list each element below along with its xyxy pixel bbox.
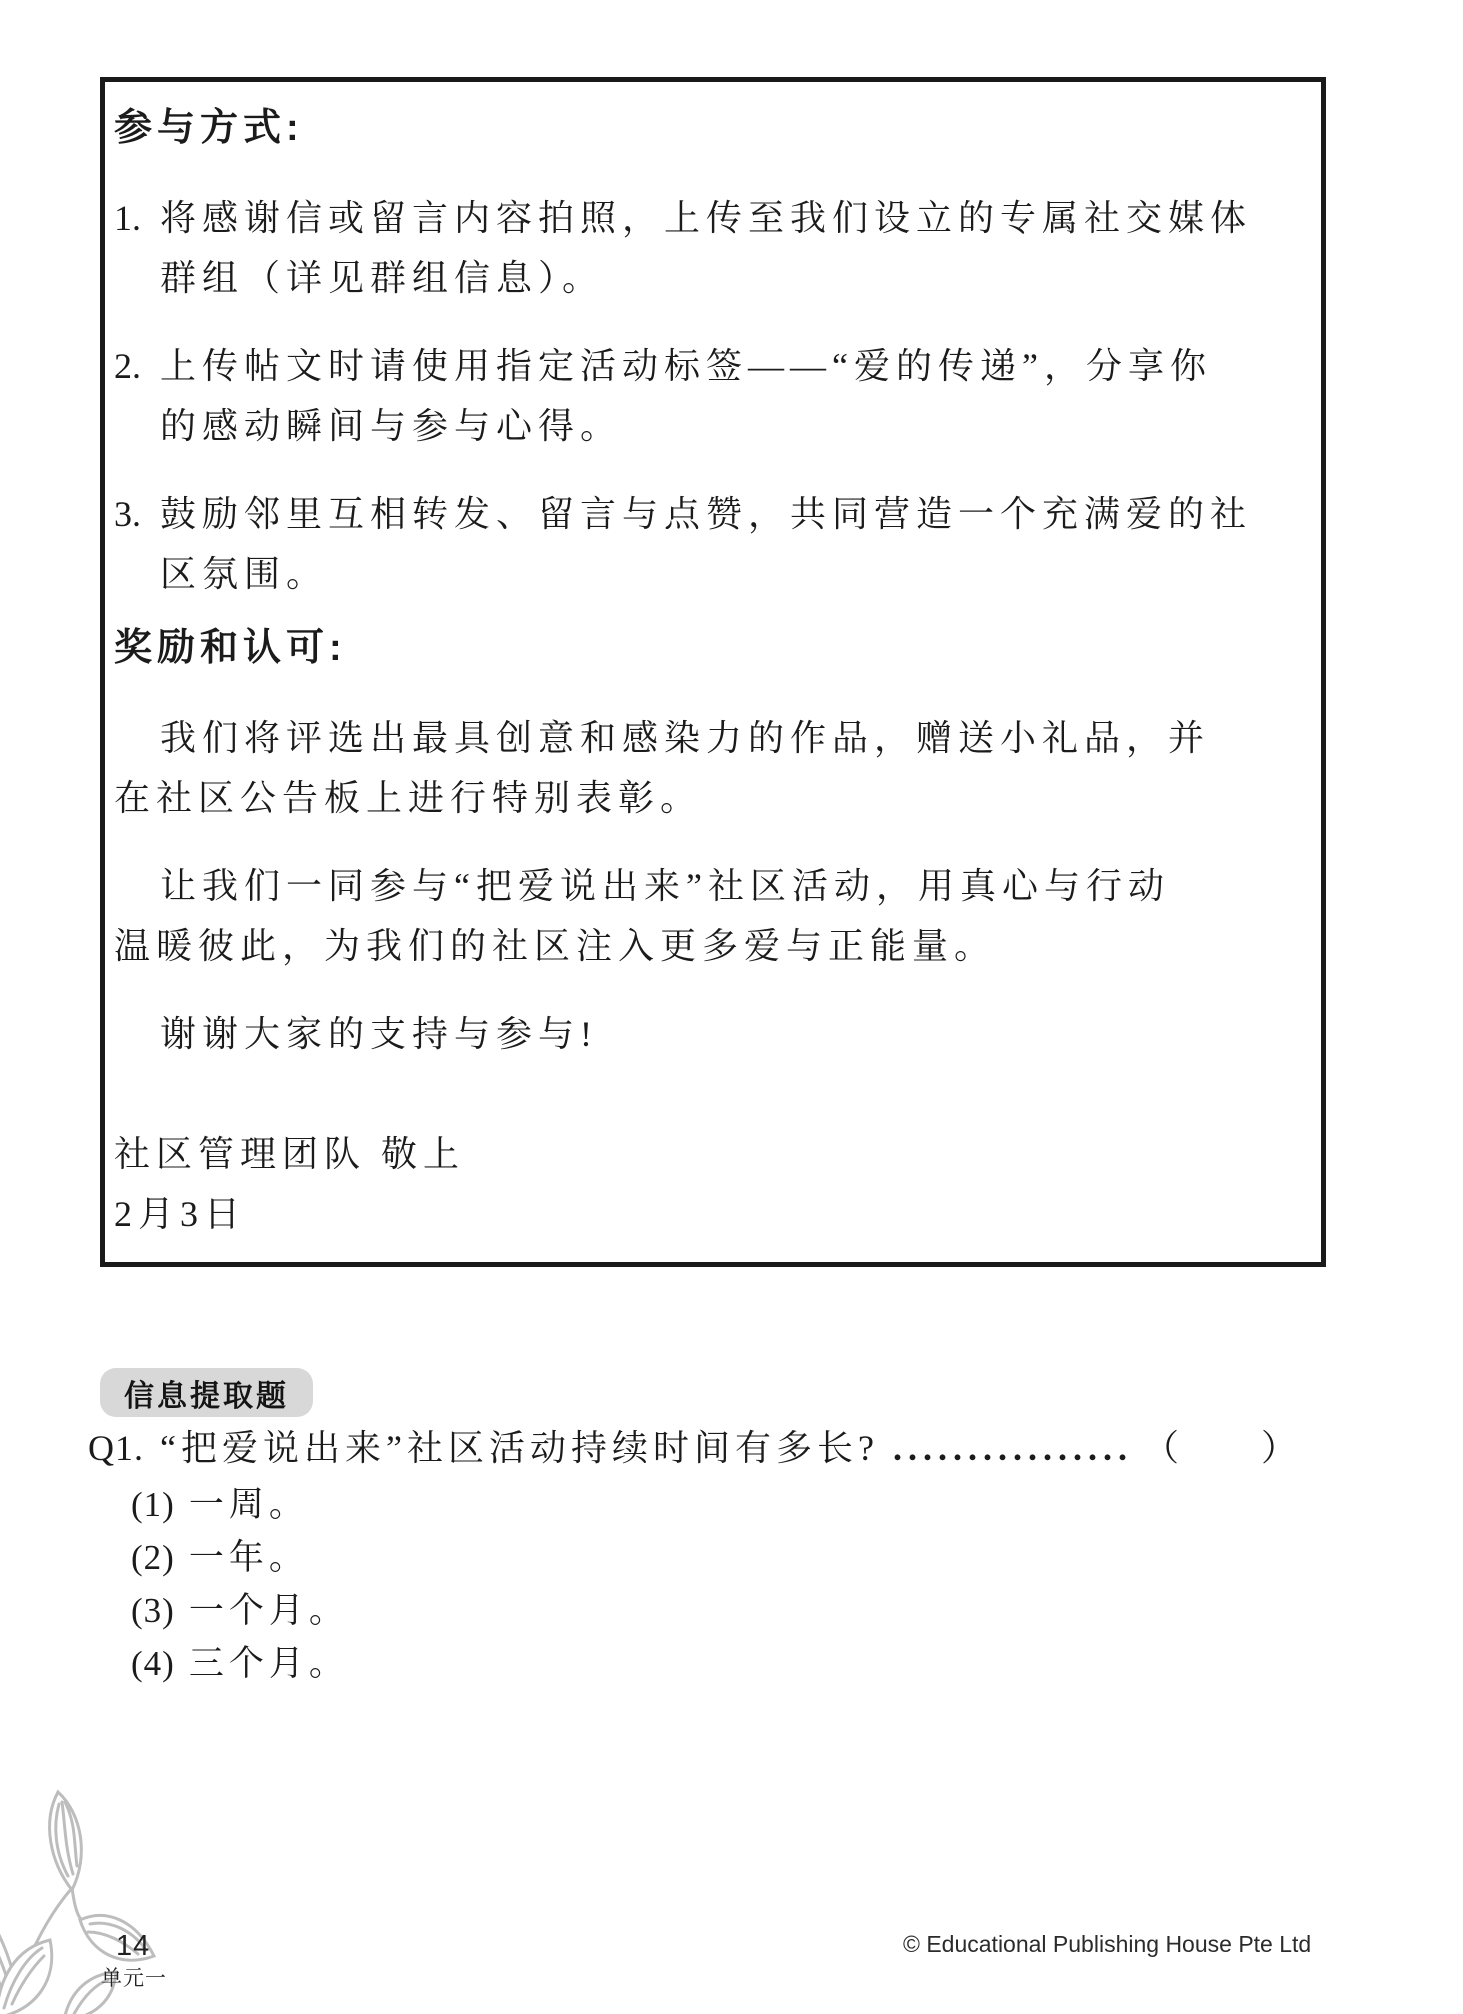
paragraph-invitation-line-2: 温暖彼此，为我们的社区注入更多爱与正能量。 — [114, 916, 1295, 976]
list-item-1-line-2: 群组（详见群组信息）。 — [160, 248, 1295, 308]
question-1-text: “把爱说出来”社区活动持续时间有多长? — [160, 1428, 879, 1468]
option-4-text: 三个月。 — [189, 1644, 349, 1683]
unit-label: 单元一 — [101, 1962, 167, 1992]
list-item-1-number: 1. — [114, 188, 160, 248]
option-3-text: 一个月。 — [189, 1591, 349, 1630]
list-item-3: 3.鼓励邻里互相转发、留言与点赞，共同营造一个充满爱的社 区氛围。 — [114, 484, 1295, 604]
signature: 社区管理团队 敬上 — [114, 1124, 1295, 1184]
paragraph-rewards: 我们将评选出最具创意和感染力的作品，赠送小礼品，并 在社区公告板上进行特别表彰。 — [114, 708, 1295, 828]
question-type-badge-label: 信息提取题 — [124, 1371, 289, 1415]
section-heading-rewards: 奖励和认可: — [114, 626, 1295, 670]
dotted-leader: ................ — [893, 1428, 1133, 1468]
answer-bracket-close: ） — [1261, 1428, 1297, 1468]
page-number: 14 — [116, 1930, 150, 1963]
paragraph-rewards-line-2: 在社区公告板上进行特别表彰。 — [114, 768, 1295, 828]
question-1: Q1.“把爱说出来”社区活动持续时间有多长?................（） — [88, 1418, 1297, 1478]
option-4: (4)三个月。 — [131, 1637, 349, 1690]
option-1-text: 一周。 — [189, 1485, 309, 1524]
option-2: (2)一年。 — [131, 1531, 349, 1584]
copyright-notice: © Educational Publishing House Pte Ltd — [903, 1931, 1311, 1958]
list-item-1-line-1: 1.将感谢信或留言内容拍照，上传至我们设立的专属社交媒体 — [160, 188, 1295, 248]
paragraph-rewards-line-1: 我们将评选出最具创意和感染力的作品，赠送小礼品，并 — [114, 708, 1295, 768]
list-item-3-text: 鼓励邻里互相转发、留言与点赞，共同营造一个充满爱的社 — [160, 494, 1252, 534]
option-4-number: (4) — [131, 1644, 175, 1683]
paragraph-thanks-line: 谢谢大家的支持与参与! — [114, 1004, 1295, 1064]
list-item-2: 2.上传帖文时请使用指定活动标签——“爱的传递”，分享你 的感动瞬间与参与心得。 — [114, 336, 1295, 456]
list-item-1: 1.将感谢信或留言内容拍照，上传至我们设立的专属社交媒体 群组（详见群组信息）。 — [114, 188, 1295, 308]
answer-bracket-open: （ — [1143, 1428, 1179, 1468]
paragraph-thanks: 谢谢大家的支持与参与! — [114, 1004, 1295, 1064]
date: 2月3日 — [114, 1184, 1295, 1244]
option-1-number: (1) — [131, 1485, 175, 1524]
question-1-label: Q1. — [88, 1428, 144, 1468]
worksheet-page: 参与方式: 1.将感谢信或留言内容拍照，上传至我们设立的专属社交媒体 群组（详见… — [0, 0, 1463, 2014]
option-2-text: 一年。 — [189, 1538, 309, 1577]
list-item-3-number: 3. — [114, 484, 160, 544]
section-heading-participation: 参与方式: — [114, 106, 1295, 150]
list-item-2-line-1: 2.上传帖文时请使用指定活动标签——“爱的传递”，分享你 — [160, 336, 1295, 396]
notice-box: 参与方式: 1.将感谢信或留言内容拍照，上传至我们设立的专属社交媒体 群组（详见… — [100, 77, 1326, 1267]
list-item-2-line-2: 的感动瞬间与参与心得。 — [160, 396, 1295, 456]
list-item-1-text: 将感谢信或留言内容拍照，上传至我们设立的专属社交媒体 — [160, 198, 1252, 238]
paragraph-invitation: 让我们一同参与“把爱说出来”社区活动，用真心与行动 温暖彼此，为我们的社区注入更… — [114, 856, 1295, 976]
list-item-3-line-1: 3.鼓励邻里互相转发、留言与点赞，共同营造一个充满爱的社 — [160, 484, 1295, 544]
option-1: (1)一周。 — [131, 1478, 349, 1531]
option-3-number: (3) — [131, 1591, 175, 1630]
list-item-2-number: 2. — [114, 336, 160, 396]
list-item-3-line-2: 区氛围。 — [160, 544, 1295, 604]
option-3: (3)一个月。 — [131, 1584, 349, 1637]
paragraph-invitation-line-1: 让我们一同参与“把爱说出来”社区活动，用真心与行动 — [114, 856, 1295, 916]
question-type-badge: 信息提取题 — [100, 1368, 313, 1417]
options-list: (1)一周。 (2)一年。 (3)一个月。 (4)三个月。 — [131, 1478, 349, 1690]
option-2-number: (2) — [131, 1538, 175, 1577]
list-item-2-text: 上传帖文时请使用指定活动标签——“爱的传递”，分享你 — [160, 346, 1212, 386]
